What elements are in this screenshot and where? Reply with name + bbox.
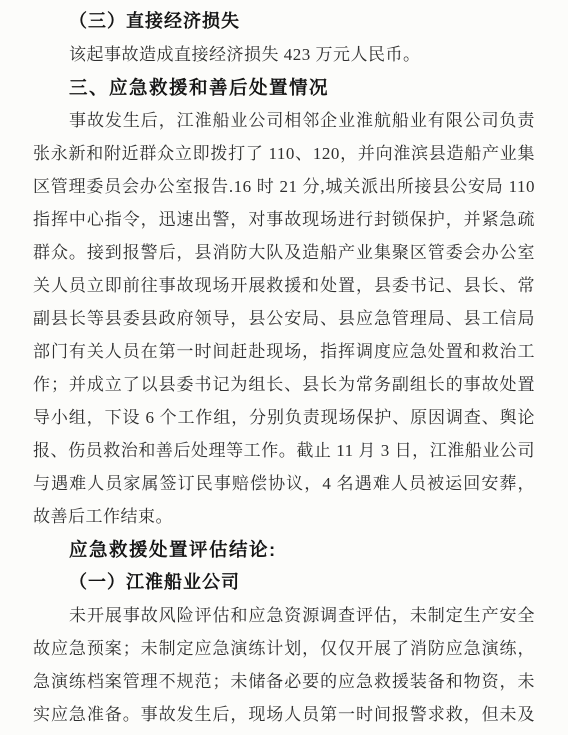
para2-line: 故应急预案；未制定应急演练计划，仅仅开展了消防应急演练，应 [33, 632, 535, 665]
para1-line: 关人员立即前往事故现场开展救援和处置，县委书记、县长、常务 [33, 269, 535, 302]
para2-line: 急演练档案管理不规范；未储备必要的应急救援装备和物资，未落 [33, 665, 535, 698]
para1-line: 作；并成立了以县委书记为组长、县长为常务副组长的事故处置领 [33, 368, 535, 401]
para1-line: 报、伤员救治和善后处理等工作。截止 11 月 3 日，江淮船业公司 [33, 434, 535, 467]
para2-line: 未开展事故风险评估和应急资源调查评估，未制定生产安全事 [33, 599, 535, 632]
para1-line: 部门有关人员在第一时间赶赴现场，指挥调度应急处置和救治工 [33, 335, 535, 368]
heading-direct-economic-loss: （三）直接经济损失 [33, 5, 535, 38]
para1-line: 与遇难人员家属签订民事赔偿协议，4 名遇难人员被运回安葬，事 [33, 467, 535, 500]
document-page: （三）直接经济损失 该起事故造成直接经济损失 423 万元人民币。 三、应急救援… [0, 0, 568, 735]
para1-line: 指挥中心指令，迅速出警，对事故现场进行封锁保护，并紧急疏散 [33, 203, 535, 236]
para1-line: 张永新和附近群众立即拨打了 110、120，并向淮滨县造船产业集聚 [33, 137, 535, 170]
para1-line: 事故发生后，江淮船业公司相邻企业淮航船业有限公司负责人 [33, 104, 535, 137]
heading-company-jianghuai-shipyard: （一）江淮船业公司 [33, 566, 535, 599]
para1-line: 区管理委员会办公室报告.16 时 21 分,城关派出所接县公安局 110 [33, 170, 535, 203]
para1-line: 群众。接到报警后，县消防大队及造船产业集聚区管委会办公室相 [33, 236, 535, 269]
para1-line: 副县长等县委县政府领导，县公安局、县应急管理局、县工信局等 [33, 302, 535, 335]
para1-line: 导小组，下设 6 个工作组，分别负责现场保护、原因调查、舆论通 [33, 401, 535, 434]
heading-evaluation-conclusion: 应急救援处置评估结论: [33, 533, 535, 566]
paragraph-direct-loss-amount: 该起事故造成直接经济损失 423 万元人民币。 [33, 38, 535, 71]
para2-line: 实应急准备。事故发生后，现场人员第一时间报警求救，但未及时 [33, 698, 535, 731]
para1-line-last: 故善后工作结束。 [33, 500, 535, 533]
heading-section-three-emergency-response: 三、应急救援和善后处置情况 [33, 71, 535, 104]
